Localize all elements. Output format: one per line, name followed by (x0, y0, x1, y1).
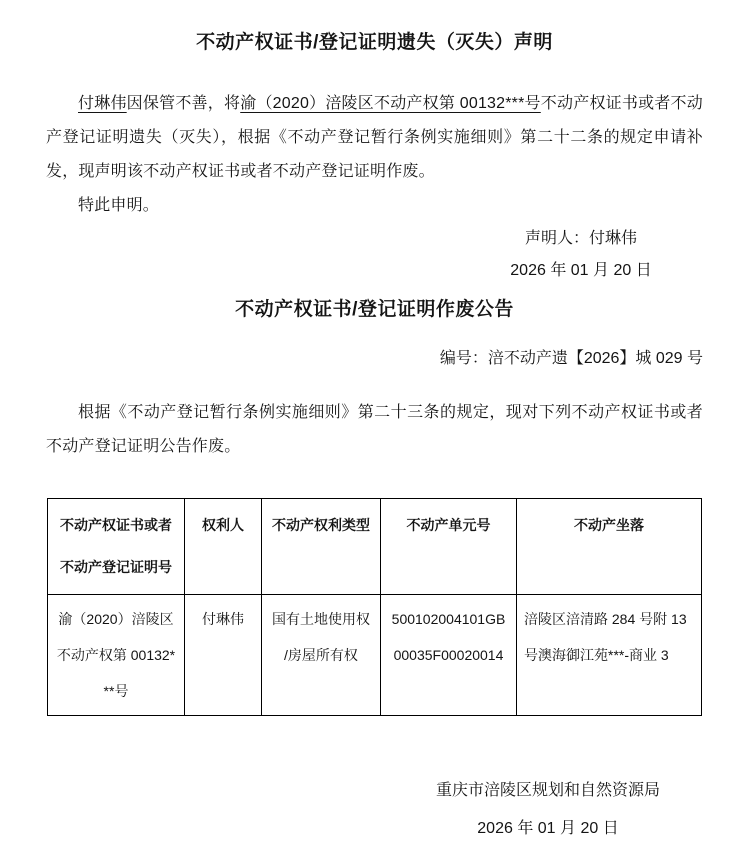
announcement-title: 不动产权证书/登记证明作废公告 (46, 297, 703, 322)
header-holder: 权利人 (185, 499, 262, 595)
cell-unit-no: 500102004101GB 00035F00020014 (381, 595, 517, 716)
declaration-paragraph: 付琳伟因保管不善，将渝（2020）涪陵区不动产权第 00132***号不动产权证… (46, 87, 703, 189)
issuer-name: 重庆市涪陵区规划和自然资源局 (378, 772, 718, 810)
cell-location: 涪陵区涪清路 284 号附 13 号澳海御江苑***-商业 3 (517, 595, 702, 716)
declarant-name-underlined: 付琳伟 (78, 95, 127, 112)
cell-holder: 付琳伟 (185, 595, 262, 716)
cell-right-type: 国有土地使用权 /房屋所有权 (262, 595, 381, 716)
announcement-date: 2026 年 01 月 20 日 (378, 810, 718, 848)
announcement-paragraph: 根据《不动产登记暂行条例实施细则》第二十三条的规定，现对下列不动产权证书或者不动… (46, 396, 703, 464)
document-number: 编号：涪不动产遗【2026】城 029 号 (46, 348, 703, 370)
header-unit-no: 不动产单元号 (381, 499, 517, 595)
header-right-type: 不动产权利类型 (262, 499, 381, 595)
declaration-title: 不动产权证书/登记证明遗失（灭失）声明 (46, 30, 703, 55)
declaration-date: 2026 年 01 月 20 日 (411, 255, 749, 287)
table-row: 渝（2020）涪陵区 不动产权第 00132* **号 付琳伟 国有土地使用权 … (48, 595, 702, 716)
certificate-number-underlined: 渝（2020）涪陵区不动产权第 00132***号 (240, 95, 541, 112)
invalidation-table: 不动产权证书或者 不动产登记证明号 权利人 不动产权利类型 不动产单元号 不动产… (47, 498, 702, 716)
signer-line: 声明人：付琳伟 (411, 223, 749, 255)
header-location: 不动产坐落 (517, 499, 702, 595)
document-page: 不动产权证书/登记证明遗失（灭失）声明 付琳伟因保管不善，将渝（2020）涪陵区… (0, 0, 749, 851)
header-certificate-no: 不动产权证书或者 不动产登记证明号 (48, 499, 185, 595)
declaration-text-segment: 因保管不善，将 (127, 95, 241, 112)
issuer-signature-block: 重庆市涪陵区规划和自然资源局 2026 年 01 月 20 日 (378, 772, 718, 848)
table-header-row: 不动产权证书或者 不动产登记证明号 权利人 不动产权利类型 不动产单元号 不动产… (48, 499, 702, 595)
cell-certificate-no: 渝（2020）涪陵区 不动产权第 00132* **号 (48, 595, 185, 716)
declaration-signature-block: 声明人：付琳伟 2026 年 01 月 20 日 (411, 223, 749, 287)
closing-line: 特此申明。 (46, 189, 703, 223)
